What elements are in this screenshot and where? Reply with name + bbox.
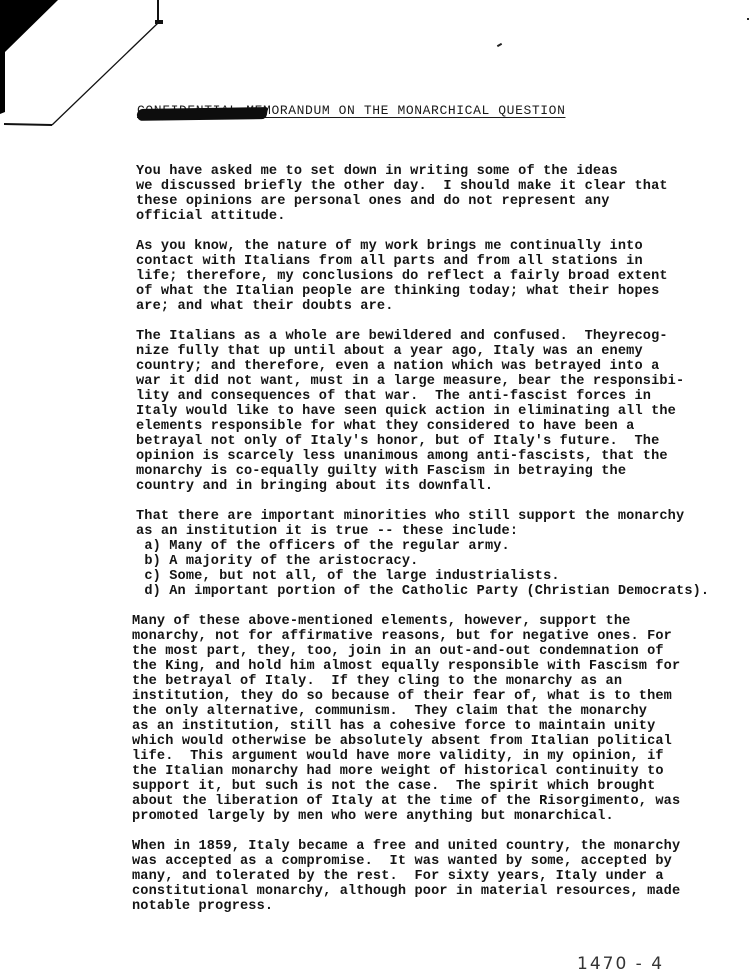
text-line: constitutional monarchy, although poor i… [132,884,680,899]
text-line: life. This argument would have more vali… [132,749,664,764]
list-marker: b) [144,554,161,569]
list-item: a) Many of the officers of the regular a… [136,539,746,554]
title-text: MEMORANDUM ON THE MONARCHICAL QUESTION [246,103,565,118]
text-line: official attitude. [136,209,286,224]
redaction-mark [136,107,268,121]
scan-speck [497,43,502,47]
text-line: When in 1859, Italy became a free and un… [132,839,680,854]
handwritten-document-number: 1470 - 4 [577,954,664,972]
text-line: of what the Italian people are thinking … [136,284,659,299]
paragraph-6: When in 1859, Italy became a free and un… [132,839,746,914]
text-line: war it did not want, must in a large mea… [136,374,684,389]
text-line: monarchy, not for affirmative reasons, b… [132,629,672,644]
list-item-text: Many of the officers of the regular army… [169,539,510,554]
supporters-list: a) Many of the officers of the regular a… [136,539,746,599]
paragraph-5: Many of these above-mentioned elements, … [132,614,746,824]
text-line: the Italian monarchy had more weight of … [132,764,664,779]
memo-body: You have asked me to set down in writing… [136,164,746,929]
list-item: d) An important portion of the Catholic … [136,584,746,599]
text-line: life; therefore, my conclusions do refle… [136,269,668,284]
text-line: the betrayal of Italy. If they cling to … [132,674,622,689]
text-line: elements responsible for what they consi… [136,419,634,434]
list-item-text: An important portion of the Catholic Par… [169,584,709,599]
text-line: betrayal not only of Italy's honor, but … [136,434,659,449]
text-line: That there are important minorities who … [136,509,684,524]
text-line: nize fully that up until about a year ag… [136,344,643,359]
text-line: notable progress. [132,899,273,914]
text-line: You have asked me to set down in writing… [136,164,618,179]
text-line: are; and what their doubts are. [136,299,394,314]
text-line: the only alternative, communism. They cl… [132,704,647,719]
text-line: The Italians as a whole are bewildered a… [136,329,668,344]
text-line: was accepted as a compromise. It was wan… [132,854,672,869]
text-line: which would otherwise be absolutely abse… [132,734,672,749]
text-line: Italy would like to have seen quick acti… [136,404,676,419]
list-marker: c) [144,569,161,584]
text-line: about the liberation of Italy at the tim… [132,794,680,809]
text-line: institution, they do so because of their… [132,689,672,704]
list-item: c) Some, but not all, of the large indus… [136,569,746,584]
text-line: many, and tolerated by the rest. For six… [132,869,664,884]
paragraph-1: You have asked me to set down in writing… [136,164,746,224]
list-marker: d) [144,584,161,599]
text-line: we discussed briefly the other day. I sh… [136,179,668,194]
text-line: opinion is scarcely less unanimous among… [136,449,668,464]
list-item: b) A majority of the aristocracy. [136,554,746,569]
scan-speck [747,18,749,20]
text-line: as an institution it is true -- these in… [136,524,518,539]
text-line: the King, and hold him almost equally re… [132,659,680,674]
text-line: these opinions are personal ones and do … [136,194,610,209]
list-marker: a) [144,539,161,554]
text-line: As you know, the nature of my work bring… [136,239,643,254]
text-line: the most part, they, too, join in an out… [132,644,664,659]
list-item-text: A majority of the aristocracy. [169,554,418,569]
paragraph-3: The Italians as a whole are bewildered a… [136,329,746,494]
text-line: monarchy is co-equally guilty with Fasci… [136,464,626,479]
list-item-text: Some, but not all, of the large industri… [169,569,559,584]
text-line: contact with Italians from all parts and… [136,254,643,269]
text-line: promoted largely by men who were anythin… [132,809,614,824]
paragraph-2: As you know, the nature of my work bring… [136,239,746,314]
text-line: lity and consequences of that war. The a… [136,389,651,404]
text-line: country; and therefore, even a nation wh… [136,359,659,374]
text-line: support it, but such is not the case. Th… [132,779,655,794]
text-line: Many of these above-mentioned elements, … [132,614,630,629]
paragraph-4-intro: That there are important minorities who … [136,509,746,539]
text-line: as an institution, still has a cohesive … [132,719,655,734]
text-line: country and in bringing about its downfa… [136,479,493,494]
